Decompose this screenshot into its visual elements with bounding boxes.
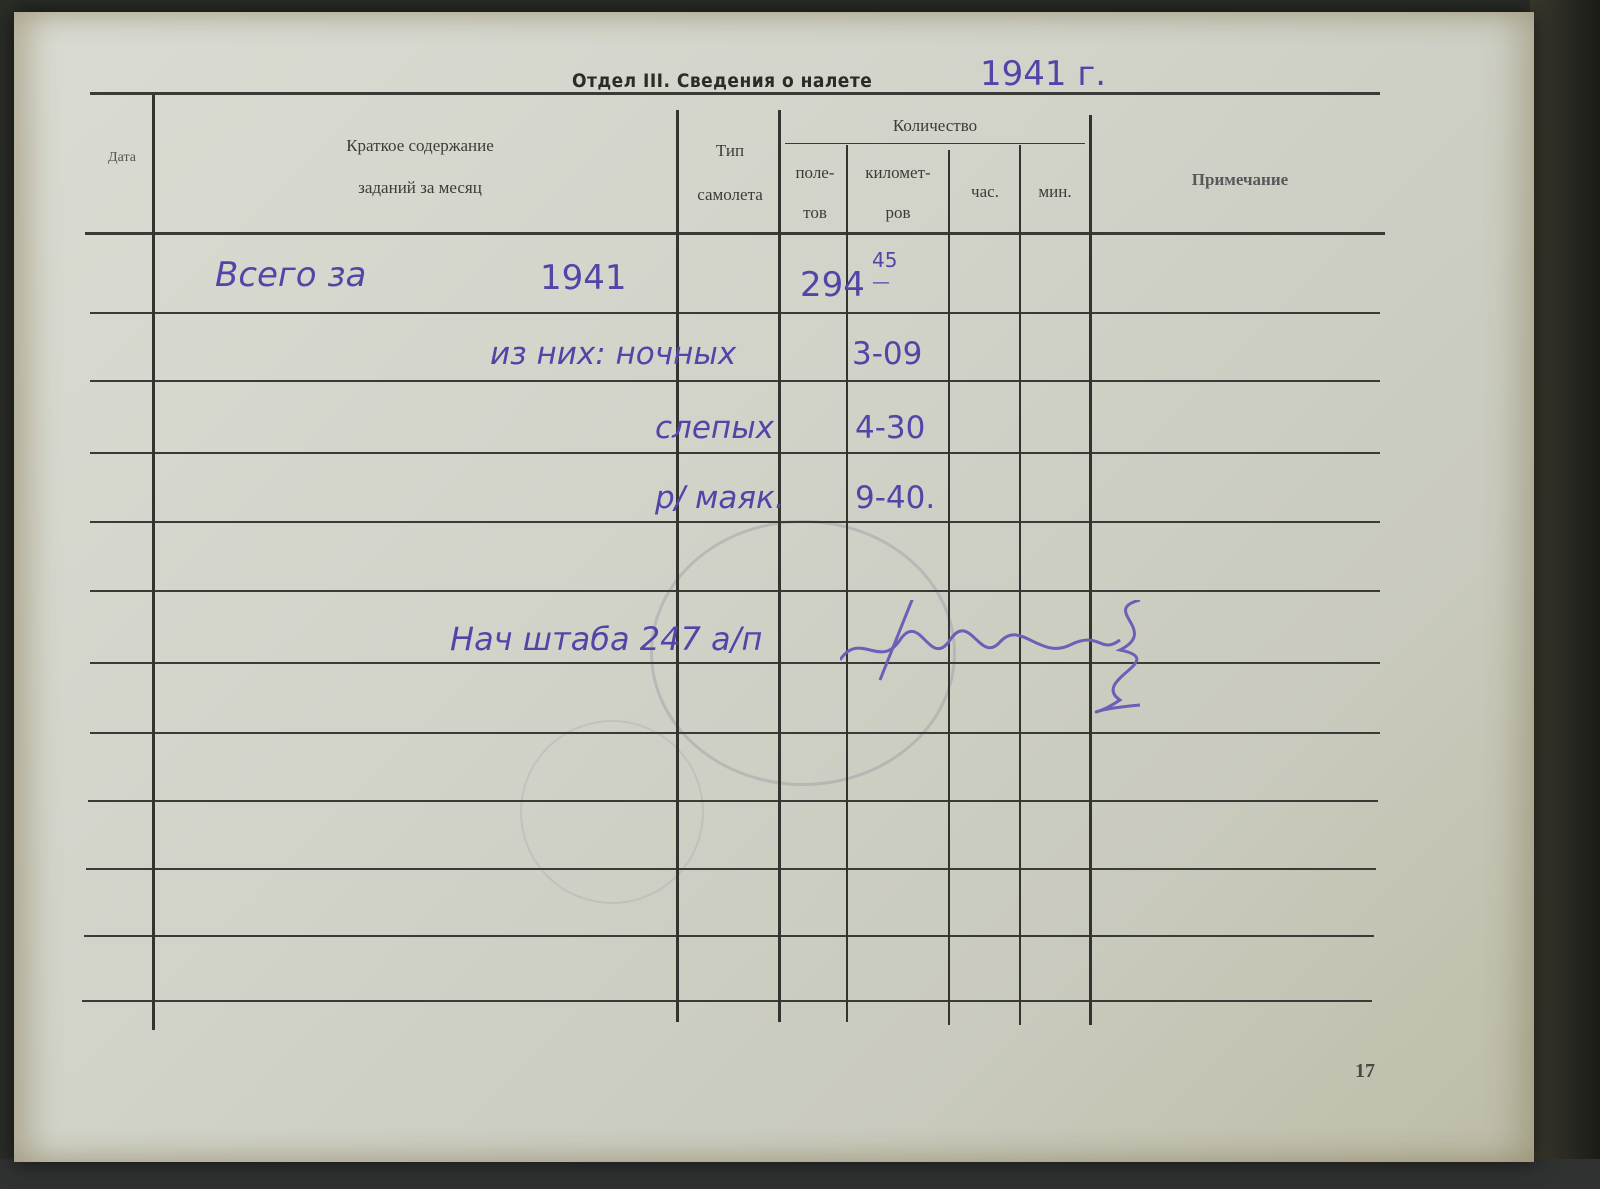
col-divider-km (948, 150, 950, 1025)
total-flights: 294 (800, 265, 865, 305)
total-flights-superscript: 45 (872, 248, 897, 272)
page-number: 17 (1355, 1060, 1375, 1083)
col-divider-summary (676, 110, 679, 1022)
beacon-value: 9-40. (855, 480, 935, 516)
total-label: Всего за (215, 255, 366, 295)
row-line (90, 521, 1380, 523)
header-summary-line1: Краткое содержание (280, 128, 560, 164)
night-value: 3-09 (852, 336, 922, 372)
row-line (90, 662, 1380, 664)
total-km-dash: — (872, 272, 890, 293)
header-flights-line1: поле- (782, 155, 848, 191)
beacon-label: р/ маяк. (655, 480, 785, 516)
col-divider-minutes (1089, 115, 1092, 1025)
book-edge (0, 1159, 1600, 1189)
night-label: из них: ночных (490, 336, 736, 372)
header-flights-line2: тов (782, 195, 848, 231)
section-title: Отдел III. Сведения о налете (572, 70, 872, 92)
table-top-border (90, 92, 1380, 95)
header-aircraft-line2: самолета (680, 177, 780, 213)
header-quantity: Количество (790, 108, 1080, 144)
row-line (90, 380, 1380, 382)
total-year: 1941 (540, 258, 627, 298)
header-minutes: мин. (1021, 174, 1089, 210)
blind-label: слепых (655, 410, 774, 446)
book-spine (1530, 0, 1600, 1189)
header-remarks: Примечание (1100, 162, 1380, 198)
header-km-line2: ров (848, 195, 948, 231)
col-divider-aircraft (778, 110, 781, 1022)
row-line (84, 935, 1374, 937)
signature (840, 600, 1170, 740)
header-summary-line2: заданий за месяц (280, 170, 560, 206)
blind-value: 4-30 (855, 410, 925, 446)
section-year: 1941 г. (980, 54, 1106, 94)
col-divider-date (152, 95, 155, 1030)
chief-of-staff-label: Нач штаба 247 а/п (450, 620, 762, 658)
row-line (90, 312, 1380, 314)
row-line (90, 452, 1380, 454)
header-aircraft-line1: Тип (680, 133, 780, 169)
row-line (88, 800, 1378, 802)
row-line (82, 1000, 1372, 1002)
header-date: Дата (92, 140, 152, 176)
row-line (86, 868, 1376, 870)
header-hours: час. (950, 174, 1020, 210)
header-bottom-border (85, 232, 1385, 235)
row-line (90, 732, 1380, 734)
header-km-line1: километ- (848, 155, 948, 191)
row-line (90, 590, 1380, 592)
col-divider-hours (1019, 145, 1021, 1025)
